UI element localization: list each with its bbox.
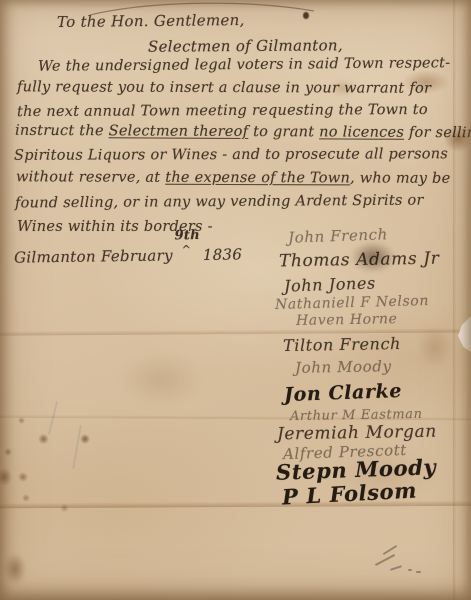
signature-tilton-french: Tilton French <box>283 334 401 355</box>
stain <box>4 448 12 456</box>
body-line: found selling, or in any way vending Ard… <box>15 193 424 212</box>
pencil-stroke <box>72 425 82 469</box>
pencil-stroke <box>416 571 421 573</box>
text-segment: instruct the <box>15 123 109 139</box>
signature-john-jones: John Jones <box>284 273 376 295</box>
pencil-stroke <box>48 401 58 434</box>
text-segment: the next annual Town meeting requesting … <box>17 102 428 120</box>
stain <box>0 468 12 486</box>
salutation-line-1: To the Hon. Gentlemen, <box>57 11 245 31</box>
fold-crease-vertical <box>453 0 456 600</box>
signature-nathaniell-f-nelson: Nathaniell F Nelson <box>275 293 429 313</box>
stain <box>60 504 69 512</box>
pencil-marks <box>368 543 448 588</box>
stain <box>118 352 203 407</box>
underlined-phrase: no licences <box>319 124 404 140</box>
underlined-phrase: the expense of the Town <box>165 170 350 187</box>
body-line: instruct the Selectmen thereof to grant … <box>15 123 471 141</box>
body-line: Spiritous Liquors or Wines - and to pros… <box>14 146 448 164</box>
day-superscript: 9th <box>174 228 200 243</box>
pencil-stroke <box>375 554 395 566</box>
text-segment: for selling <box>404 125 471 141</box>
body-line: without reserve, at the expense of the T… <box>16 169 450 187</box>
pencil-stroke <box>383 545 398 555</box>
torn-edge-notch <box>458 316 471 352</box>
salutation-line-2: Selectmen of Gilmanton, <box>148 36 343 55</box>
text-segment: We the undersigned legal voters in said … <box>38 55 450 75</box>
signature-haven-horne: Haven Horne <box>296 311 398 329</box>
stain <box>18 472 28 482</box>
stain <box>18 417 25 424</box>
text-segment: found selling, or in any way vending Ard… <box>15 193 424 212</box>
stain <box>22 494 30 502</box>
pencil-marks-faint <box>42 395 112 495</box>
signature-john-french: John French <box>288 225 388 246</box>
caret-mark: ^ <box>182 243 192 256</box>
signature-john-moody: John Moody <box>295 357 392 377</box>
dateline: Gilmanton February9th^1836 <box>14 241 242 266</box>
dateline-year: 1836 <box>203 245 243 264</box>
day-insert: 9th^ <box>173 242 203 260</box>
stain <box>418 325 452 369</box>
pencil-stroke <box>408 569 412 571</box>
signature-jon-clarke: Jon Clarke <box>284 380 403 406</box>
stain <box>4 553 26 585</box>
body-line: fully request you to insert a clause in … <box>17 79 431 96</box>
signature-thomas-adams-jr: Thomas Adams Jr <box>279 249 440 272</box>
body-line: We the undersigned legal voters in said … <box>38 55 450 75</box>
pencil-stroke <box>390 565 402 571</box>
signature-jeremiah-morgan: Jeremiah Morgan <box>277 422 437 445</box>
text-segment: to grant <box>248 124 319 140</box>
text-segment: Spiritous Liquors or Wines - and to pros… <box>14 146 448 164</box>
body-line: the next annual Town meeting requesting … <box>17 102 428 120</box>
text-segment: , who may be <box>350 170 450 186</box>
dateline-place-month: Gilmanton February <box>14 246 173 266</box>
text-segment: fully request you to insert a clause in … <box>17 79 431 96</box>
underlined-phrase: Selectmen thereof <box>109 123 249 140</box>
document-page: To the Hon. Gentlemen, Selectmen of Gilm… <box>0 0 471 600</box>
text-segment: without reserve, at <box>16 169 165 186</box>
